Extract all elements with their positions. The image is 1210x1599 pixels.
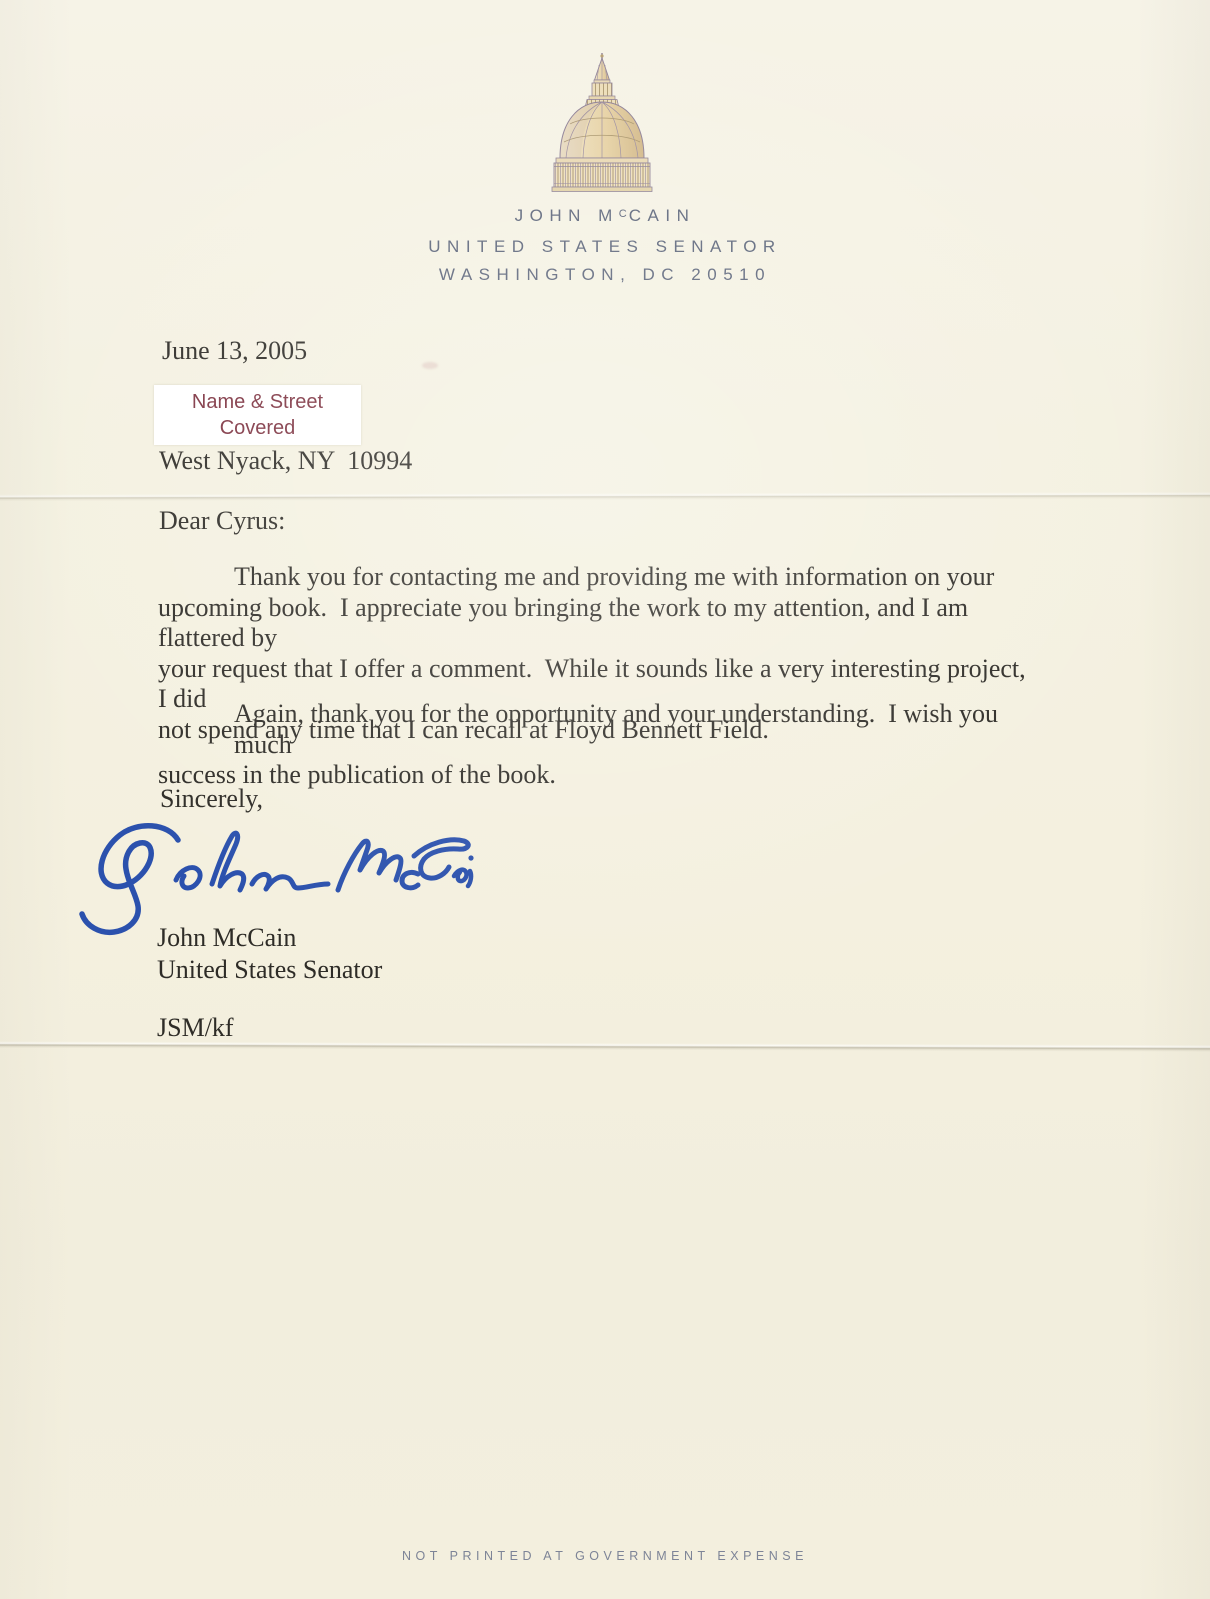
signer-name: John McCain bbox=[157, 923, 296, 953]
capitol-dome-icon bbox=[542, 50, 662, 198]
letterhead-name-pre: JOHN M bbox=[515, 206, 619, 225]
body-paragraph-2: Again, thank you for the opportunity and… bbox=[158, 699, 1038, 791]
letterhead-address: WASHINGTON, DC 20510 bbox=[0, 265, 1210, 285]
closing: Sincerely, bbox=[160, 784, 263, 814]
paper-fold-crease-top bbox=[0, 492, 1210, 502]
salutation: Dear Cyrus: bbox=[159, 506, 285, 536]
cover-line-1: Name & Street bbox=[192, 390, 323, 415]
signer-title: United States Senator bbox=[157, 955, 382, 985]
letterhead-name: JOHN MCCAIN bbox=[0, 206, 1210, 226]
paragraph-line: upcoming book. I appreciate you bringing… bbox=[158, 593, 1038, 654]
paragraph-line: success in the publication of the book. bbox=[158, 760, 1038, 791]
letterhead-name-post: CAIN bbox=[629, 206, 696, 225]
paper-fold-crease-bottom bbox=[0, 1041, 1210, 1052]
paragraph-line: Again, thank you for the opportunity and… bbox=[158, 699, 1038, 760]
letterhead-title: UNITED STATES SENATOR bbox=[0, 237, 1210, 257]
address-cover-box: Name & Street Covered bbox=[154, 385, 361, 445]
address-city-line: West Nyack, NY 10994 bbox=[159, 446, 412, 476]
footer-notice: NOT PRINTED AT GOVERNMENT EXPENSE bbox=[0, 1549, 1210, 1563]
letter-document: JOHN MCCAIN UNITED STATES SENATOR WASHIN… bbox=[0, 0, 1210, 1599]
letterhead-name-superscript: C bbox=[619, 208, 629, 220]
scan-smudge bbox=[422, 362, 438, 369]
reference-initials: JSM/kf bbox=[157, 1013, 234, 1043]
paragraph-line: Thank you for contacting me and providin… bbox=[158, 562, 1038, 593]
letter-date: June 13, 2005 bbox=[162, 336, 307, 366]
cover-line-2: Covered bbox=[220, 416, 296, 441]
